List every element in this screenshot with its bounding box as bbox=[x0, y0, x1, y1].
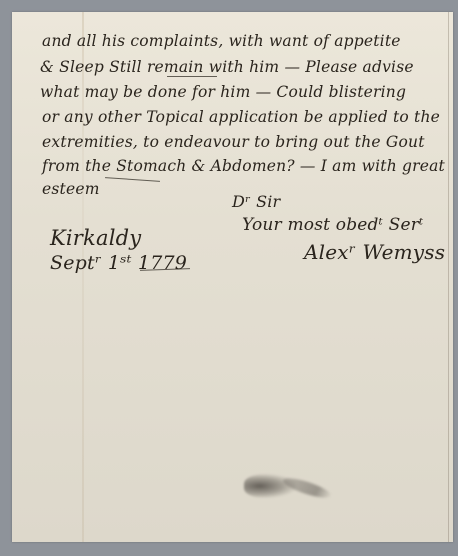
scanned-page: and all his complaints, with want of app… bbox=[0, 0, 458, 556]
letter-line-1: and all his complaints, with want of app… bbox=[42, 32, 401, 50]
pen-flourish bbox=[105, 177, 160, 182]
place: Kirkaldy bbox=[50, 226, 141, 250]
letter-line-7: esteem bbox=[42, 180, 100, 198]
letter-line-5: extremities, to endeavour to bring out t… bbox=[42, 133, 425, 151]
signature: Alexʳ Wemyss bbox=[304, 240, 445, 264]
pen-flourish bbox=[167, 76, 217, 77]
letter-paper: and all his complaints, with want of app… bbox=[12, 12, 453, 542]
letter-line-3: what may be done for him — Could blister… bbox=[40, 83, 406, 101]
date: Septʳ 1ˢᵗ 1779 bbox=[50, 252, 187, 274]
closing: Your most obedᵗ Serᵗ bbox=[242, 215, 423, 235]
letter-line-6: from the Stomach & Abdomen? — I am with … bbox=[42, 157, 445, 175]
letter-line-4: or any other Topical application be appl… bbox=[42, 108, 440, 126]
letter-line-2: & Sleep Still remain with him — Please a… bbox=[40, 58, 414, 76]
salutation: Dʳ Sir bbox=[232, 192, 280, 211]
